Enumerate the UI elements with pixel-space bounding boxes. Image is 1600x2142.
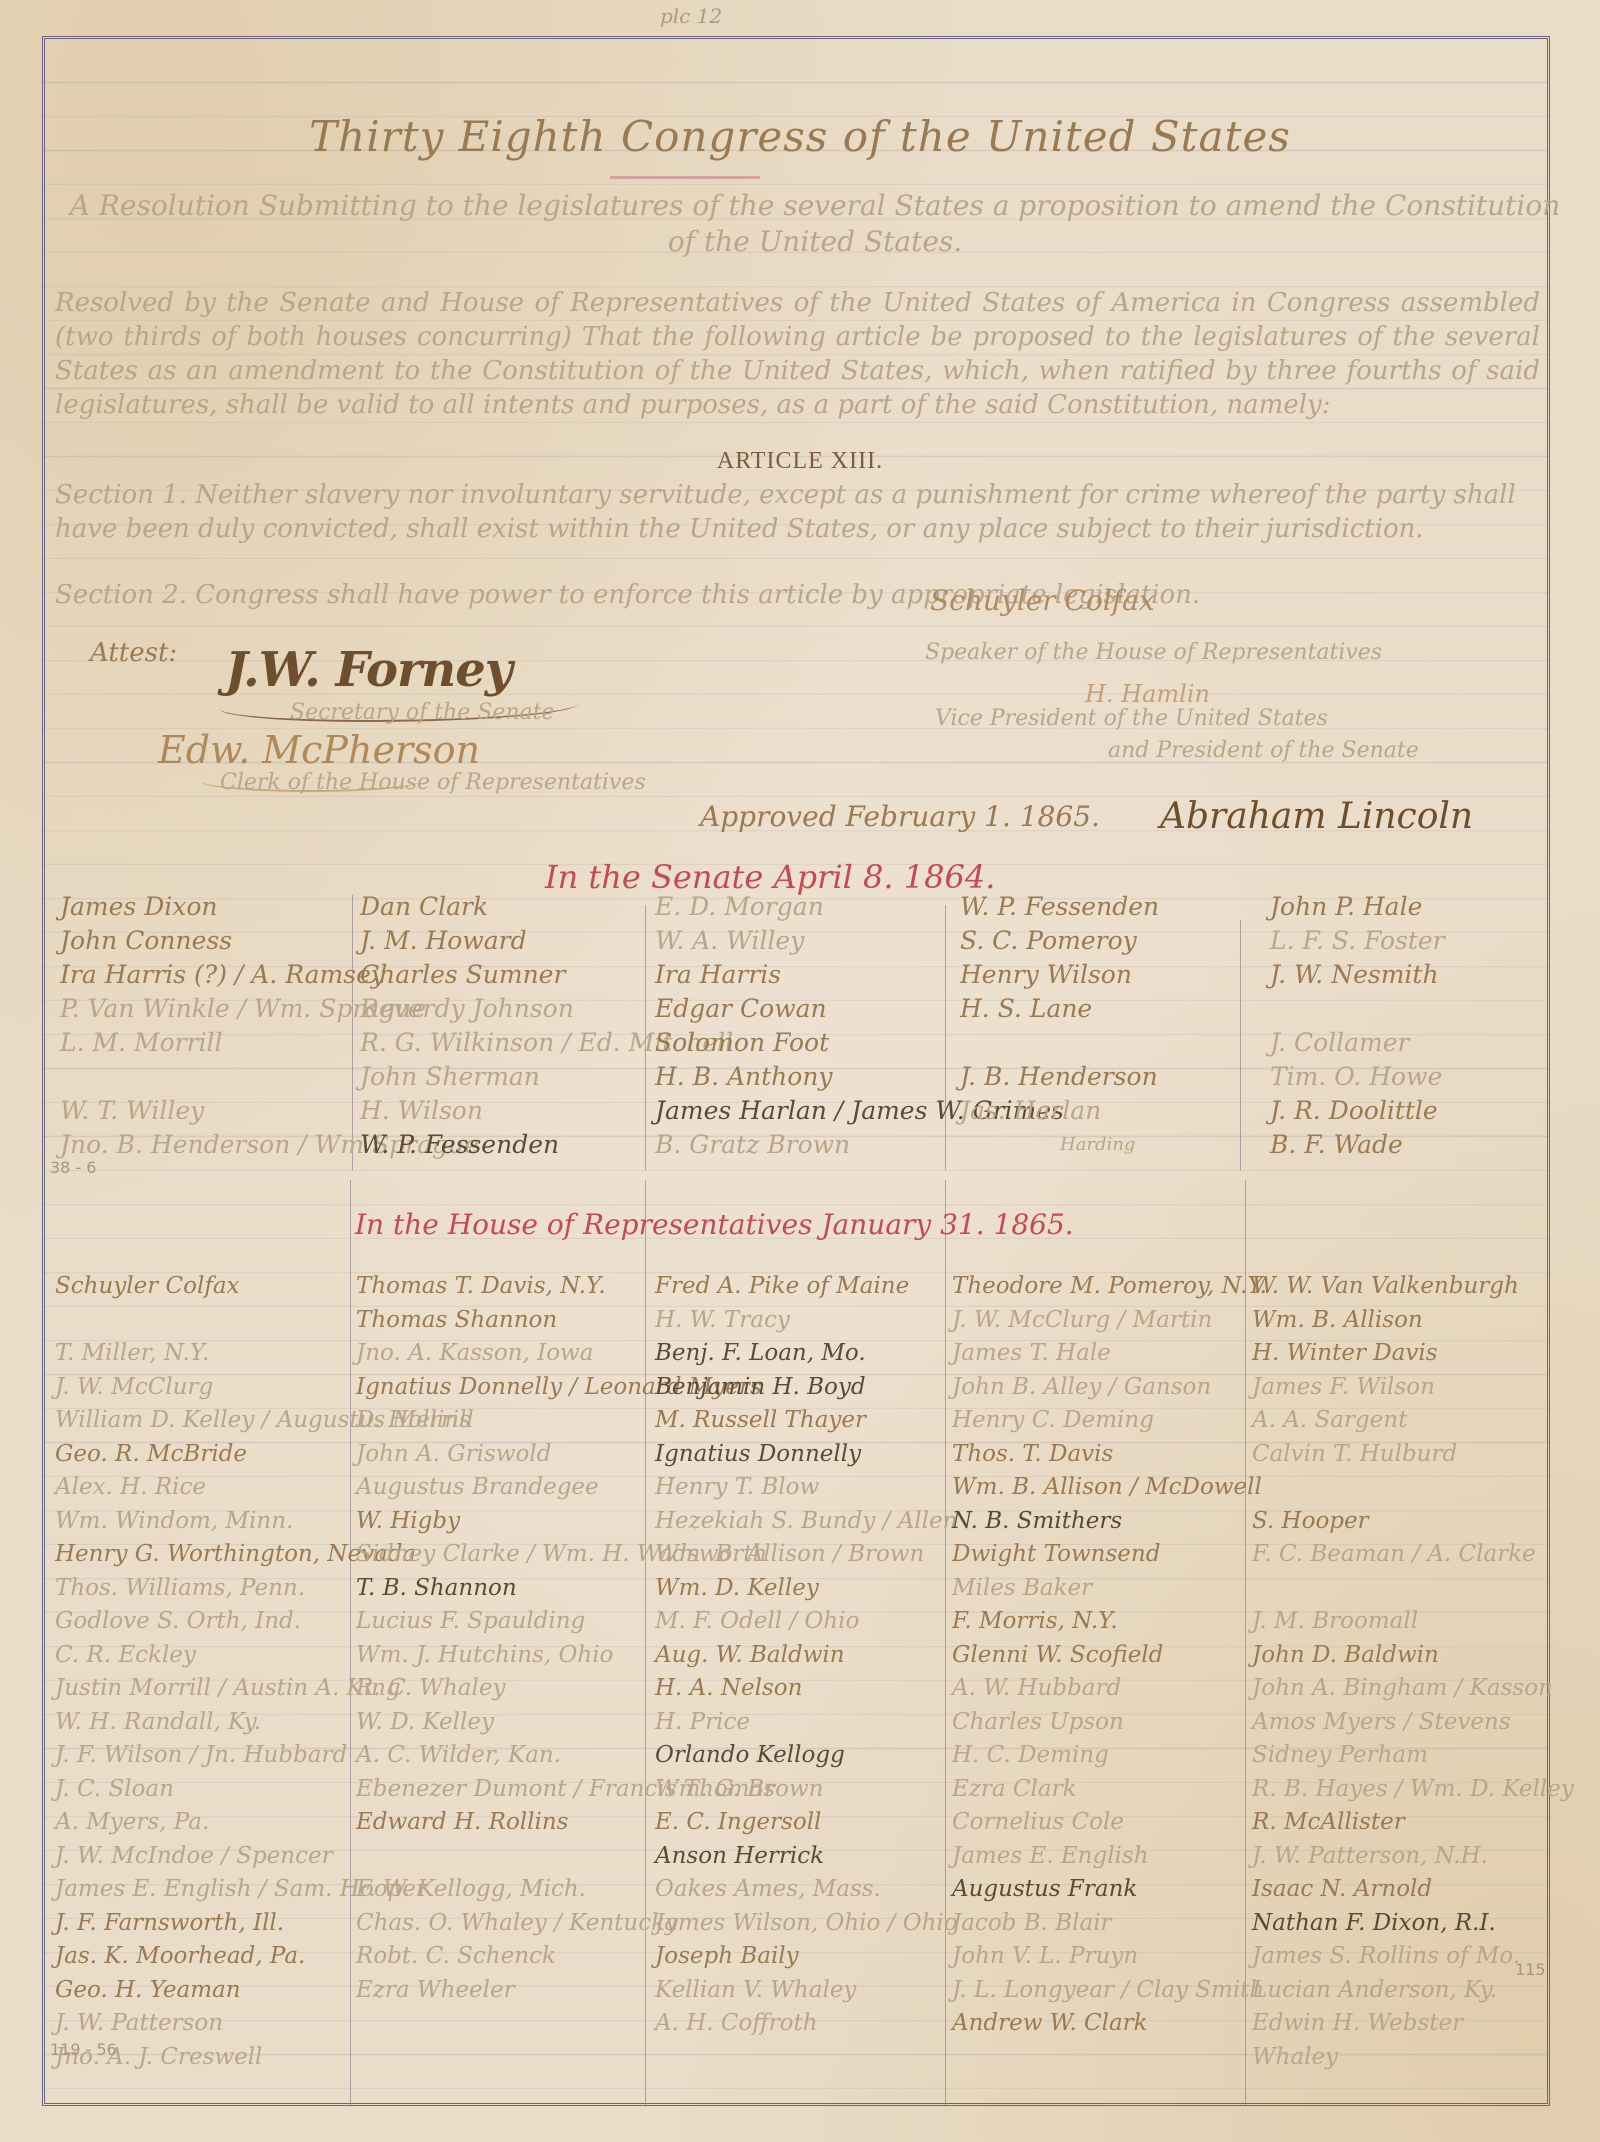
house-column-divider bbox=[350, 1180, 351, 2105]
representative-signature: Justin Morrill / Austin A. King bbox=[55, 1672, 347, 1706]
representative-signature: Kellian V. Whaley bbox=[655, 1974, 941, 2008]
hamlin-signature: H. Hamlin bbox=[1085, 680, 1210, 708]
senator-signature: Ira Harris bbox=[655, 958, 940, 992]
representative-signature: Henry T. Blow bbox=[655, 1471, 941, 1505]
senator-signature: J. M. Howard bbox=[360, 924, 640, 958]
representative-signature: Miles Baker bbox=[952, 1572, 1242, 1606]
representative-signature: A. C. Wilder, Kan. bbox=[356, 1739, 642, 1773]
senator-signature: S. C. Pomeroy bbox=[960, 924, 1240, 958]
representative-signature: Edwin H. Webster bbox=[1252, 2007, 1542, 2041]
senator-signature: Dan Clark bbox=[360, 890, 640, 924]
article-section-1: Section 1. Neither slavery nor involunta… bbox=[55, 478, 1540, 546]
representative-signature: W. Higby bbox=[356, 1505, 642, 1539]
representative-signature: Anson Herrick bbox=[655, 1840, 941, 1874]
house-signature-column-5: W. W. Van Valkenburgh Wm. B. Allison H. … bbox=[1252, 1270, 1542, 2074]
representative-signature: Augustus Frank bbox=[952, 1873, 1242, 1907]
representative-signature: C. R. Eckley bbox=[55, 1639, 347, 1673]
senator-signature: Ira Harris (?) / A. Ramsey bbox=[60, 958, 350, 992]
senator-signature bbox=[960, 1026, 1240, 1060]
representative-signature: E. C. Ingersoll bbox=[655, 1806, 941, 1840]
representative-signature: James E. English bbox=[952, 1840, 1242, 1874]
house-signature-column-3: Fred A. Pike of Maine H. W. Tracy Benj. … bbox=[655, 1270, 941, 2041]
senator-signature: R. G. Wilkinson / Ed. Mitchell bbox=[360, 1026, 640, 1060]
representative-signature: Benj. F. Loan, Mo. bbox=[655, 1337, 941, 1371]
representative-signature: R. B. Hayes / Wm. D. Kelley bbox=[1252, 1773, 1542, 1807]
senator-signature: James Dixon bbox=[60, 890, 350, 924]
representative-signature: Henry C. Deming bbox=[952, 1404, 1242, 1438]
senator-signature: P. Van Winkle / Wm. Sprague bbox=[60, 992, 350, 1026]
representative-signature: William D. Kelley / Augustus Merrill bbox=[55, 1404, 347, 1438]
representative-signature: Thos. Williams, Penn. bbox=[55, 1572, 347, 1606]
senator-signature: Jno. B. Henderson / Wm Sprague bbox=[60, 1128, 350, 1162]
representative-signature: Calvin T. Hulburd bbox=[1252, 1438, 1542, 1472]
senate-column-divider bbox=[1240, 920, 1241, 1170]
representative-signature: Hezekiah S. Bundy / Allen bbox=[655, 1505, 941, 1539]
house-heading: In the House of Representatives January … bbox=[355, 1208, 1074, 1241]
representative-signature: A. H. Coffroth bbox=[655, 2007, 941, 2041]
representative-signature: Wm. J. Hutchins, Ohio bbox=[356, 1639, 642, 1673]
resolution-text: Resolved by the Senate and House of Repr… bbox=[55, 286, 1540, 422]
attest-label: Attest: bbox=[90, 638, 177, 668]
representative-signature: Isaac N. Arnold bbox=[1252, 1873, 1542, 1907]
article-heading: ARTICLE XIII. bbox=[0, 448, 1600, 475]
representative-signature: Benjamin H. Boyd bbox=[655, 1371, 941, 1405]
representative-signature: J. M. Broomall bbox=[1252, 1605, 1542, 1639]
representative-signature: Chas. O. Whaley / Kentucky bbox=[356, 1907, 642, 1941]
representative-signature: J. L. Longyear / Clay Smith bbox=[952, 1974, 1242, 2008]
senate-column-divider bbox=[352, 895, 353, 1170]
representative-signature: Whaley bbox=[1252, 2041, 1542, 2075]
house-signature-column-1: Schuyler Colfax T. Miller, N.Y. J. W. Mc… bbox=[55, 1270, 347, 2074]
senator-signature: L. M. Morrill bbox=[60, 1026, 350, 1060]
representative-signature: James F. Wilson bbox=[1252, 1371, 1542, 1405]
representative-signature: Geo. H. Yeaman bbox=[55, 1974, 347, 2008]
approved-date: Approved February 1. 1865. bbox=[700, 800, 1100, 833]
representative-signature: John B. Alley / Ganson bbox=[952, 1371, 1242, 1405]
representative-signature: John A. Bingham / Kasson bbox=[1252, 1672, 1542, 1706]
representative-signature: Amos Myers / Stevens bbox=[1252, 1706, 1542, 1740]
senator-signature: J. Collamer bbox=[1270, 1026, 1540, 1060]
representative-signature: Lucian Anderson, Ky. bbox=[1252, 1974, 1542, 2008]
representative-signature: W. D. Kelley bbox=[356, 1706, 642, 1740]
senator-signature: John Sherman bbox=[360, 1060, 640, 1094]
senator-signature: W. P. Fessenden bbox=[360, 1128, 640, 1162]
representative-signature: A. W. Hubbard bbox=[952, 1672, 1242, 1706]
representative-signature: John V. L. Pruyn bbox=[952, 1940, 1242, 1974]
representative-signature: Jacob B. Blair bbox=[952, 1907, 1242, 1941]
representative-signature: Lucius F. Spaulding bbox=[356, 1605, 642, 1639]
representative-signature: Schuyler Colfax bbox=[55, 1270, 347, 1304]
representative-signature: T. B. Shannon bbox=[356, 1572, 642, 1606]
senate-signature-column-4: W. P. Fessenden S. C. Pomeroy Henry Wils… bbox=[960, 890, 1240, 1162]
representative-signature: M. Russell Thayer bbox=[655, 1404, 941, 1438]
representative-signature bbox=[55, 1304, 347, 1338]
title-underline bbox=[610, 176, 760, 179]
representative-signature: John A. Griswold bbox=[356, 1438, 642, 1472]
representative-signature: James S. Rollins of Mo. bbox=[1252, 1940, 1542, 1974]
representative-signature: Dwight Townsend bbox=[952, 1538, 1242, 1572]
representative-signature: H. A. Nelson bbox=[655, 1672, 941, 1706]
representative-signature: D. Hollins bbox=[356, 1404, 642, 1438]
senate-signature-column-3: E. D. Morgan W. A. Willey Ira Harris Edg… bbox=[655, 890, 940, 1162]
representative-signature: Wm. Windom, Minn. bbox=[55, 1505, 347, 1539]
senator-signature: L. F. S. Foster bbox=[1270, 924, 1540, 958]
representative-signature: H. Price bbox=[655, 1706, 941, 1740]
senator-signature: Reverdy Johnson bbox=[360, 992, 640, 1026]
representative-signature: Fred A. Pike of Maine bbox=[655, 1270, 941, 1304]
vice-president-label: Vice President of the United States bbox=[935, 706, 1328, 731]
lincoln-signature: Abraham Lincoln bbox=[1160, 796, 1473, 837]
representative-signature: J. W. Patterson bbox=[55, 2007, 347, 2041]
representative-signature: Godlove S. Orth, Ind. bbox=[55, 1605, 347, 1639]
senator-signature: J. W. Nesmith bbox=[1270, 958, 1540, 992]
representative-signature: Wm. G. Brown bbox=[655, 1773, 941, 1807]
representative-signature: Ignatius Donnelly bbox=[655, 1438, 941, 1472]
mcpherson-signature: Edw. McPherson bbox=[158, 728, 480, 772]
representative-signature: F. C. Beaman / A. Clarke bbox=[1252, 1538, 1542, 1572]
representative-signature: Geo. R. McBride bbox=[55, 1438, 347, 1472]
representative-signature: James E. English / Sam. Hooper bbox=[55, 1873, 347, 1907]
representative-signature: Jas. K. Moorhead, Pa. bbox=[55, 1940, 347, 1974]
senator-signature: B. Gratz Brown bbox=[655, 1128, 940, 1162]
representative-signature: J. F. Wilson / Jn. Hubbard bbox=[55, 1739, 347, 1773]
representative-signature: James T. Hale bbox=[952, 1337, 1242, 1371]
representative-signature: Ezra Wheeler bbox=[356, 1974, 642, 2008]
senator-signature bbox=[1270, 992, 1540, 1026]
senator-signature bbox=[60, 1060, 350, 1094]
representative-signature: Ezra Clark bbox=[952, 1773, 1242, 1807]
senator-signature: Edgar Cowan bbox=[655, 992, 940, 1026]
representative-signature: Nathan F. Dixon, R.I. bbox=[1252, 1907, 1542, 1941]
senator-signature: Harding bbox=[960, 1128, 1240, 1162]
representative-signature: Theodore M. Pomeroy, N.Y. bbox=[952, 1270, 1242, 1304]
colfax-signature: Schuyler Colfax bbox=[930, 584, 1155, 617]
representative-signature: Edward H. Rollins bbox=[356, 1806, 642, 1840]
senator-signature: Solomon Foot bbox=[655, 1026, 940, 1060]
senator-signature: J. B. Henderson bbox=[960, 1060, 1240, 1094]
representative-signature: Henry G. Worthington, Nevada bbox=[55, 1538, 347, 1572]
house-signature-column-2: Thomas T. Davis, N.Y. Thomas Shannon Jno… bbox=[356, 1270, 642, 2007]
representative-signature: H. C. Deming bbox=[952, 1739, 1242, 1773]
representative-signature: Jno. A. Kasson, Iowa bbox=[356, 1337, 642, 1371]
representative-signature: J. W. McIndoe / Spencer bbox=[55, 1840, 347, 1874]
representative-signature: S. Hooper bbox=[1252, 1505, 1542, 1539]
representative-signature: R. C. Whaley bbox=[356, 1672, 642, 1706]
representative-signature: Thomas T. Davis, N.Y. bbox=[356, 1270, 642, 1304]
representative-signature: Oakes Ames, Mass. bbox=[655, 1873, 941, 1907]
senator-signature: E. D. Morgan bbox=[655, 890, 940, 924]
representative-signature: Joseph Baily bbox=[655, 1940, 941, 1974]
senator-signature: H. S. Lane bbox=[960, 992, 1240, 1026]
representative-signature: Sidney Perham bbox=[1252, 1739, 1542, 1773]
representative-signature: Robt. C. Schenck bbox=[356, 1940, 642, 1974]
senator-signature: Jas. Harlan bbox=[960, 1094, 1240, 1128]
senator-signature: H. B. Anthony bbox=[655, 1060, 940, 1094]
article-section-2: Section 2. Congress shall have power to … bbox=[55, 578, 1540, 612]
clerk-of-house-label: Clerk of the House of Representatives bbox=[220, 770, 646, 795]
representative-signature: A. Myers, Pa. bbox=[55, 1806, 347, 1840]
representative-signature: J. W. McClurg bbox=[55, 1371, 347, 1405]
house-signature-column-4: Theodore M. Pomeroy, N.Y. J. W. McClurg … bbox=[952, 1270, 1242, 2041]
representative-signature: H. Winter Davis bbox=[1252, 1337, 1542, 1371]
senator-signature: W. T. Willey bbox=[60, 1094, 350, 1128]
representative-signature: Wm. D. Kelley bbox=[655, 1572, 941, 1606]
representative-signature: Ebenezer Dumont / Francis Thomas bbox=[356, 1773, 642, 1807]
house-vote-tally: 119 - 56 bbox=[50, 2040, 117, 2059]
senator-signature: W. A. Willey bbox=[655, 924, 940, 958]
senator-signature: H. Wilson bbox=[360, 1094, 640, 1128]
representative-signature: Thos. T. Davis bbox=[952, 1438, 1242, 1472]
representative-signature: H. W. Tracy bbox=[655, 1304, 941, 1338]
senate-signature-column-1: James Dixon John Conness Ira Harris (?) … bbox=[60, 890, 350, 1162]
speaker-of-house-label: Speaker of the House of Representatives bbox=[925, 640, 1382, 665]
representative-signature: J. C. Sloan bbox=[55, 1773, 347, 1807]
representative-signature: T. Miller, N.Y. bbox=[55, 1337, 347, 1371]
senate-vote-tally: 38 - 6 bbox=[50, 1158, 96, 1177]
representative-signature: A. A. Sargent bbox=[1252, 1404, 1542, 1438]
representative-signature: Glenni W. Scofield bbox=[952, 1639, 1242, 1673]
representative-signature: R. McAllister bbox=[1252, 1806, 1542, 1840]
senator-signature: John Conness bbox=[60, 924, 350, 958]
secretary-of-senate-label: Secretary of the Senate bbox=[290, 700, 554, 725]
senator-signature: W. P. Fessenden bbox=[960, 890, 1240, 924]
representative-signature: James Wilson, Ohio / Ohio bbox=[655, 1907, 941, 1941]
house-column-divider bbox=[645, 1180, 646, 2105]
representative-signature: Ignatius Donnelly / Leonard Myers bbox=[356, 1371, 642, 1405]
senate-signature-column-2: Dan Clark J. M. Howard Charles Sumner Re… bbox=[360, 890, 640, 1162]
senator-signature: Henry Wilson bbox=[960, 958, 1240, 992]
representative-signature: Aug. W. Baldwin bbox=[655, 1639, 941, 1673]
document-subtitle: A Resolution Submitting to the legislatu… bbox=[55, 188, 1575, 260]
representative-signature bbox=[356, 1840, 642, 1874]
representative-signature: Wm. B. Allison / McDowell bbox=[952, 1471, 1242, 1505]
representative-signature: Wm. B. Allison / Brown bbox=[655, 1538, 941, 1572]
senator-signature: John P. Hale bbox=[1270, 890, 1540, 924]
representative-signature bbox=[1252, 1471, 1542, 1505]
representative-signature bbox=[1252, 1572, 1542, 1606]
senator-signature: J. R. Doolittle bbox=[1270, 1094, 1540, 1128]
senator-signature: James Harlan / James W. Grimes bbox=[655, 1094, 940, 1128]
representative-signature: John D. Baldwin bbox=[1252, 1639, 1542, 1673]
representative-signature: Sidney Clarke / Wm. H. Wadsworth bbox=[356, 1538, 642, 1572]
senate-column-divider bbox=[945, 905, 946, 1170]
representative-signature: Charles Upson bbox=[952, 1706, 1242, 1740]
senator-signature: Tim. O. Howe bbox=[1270, 1060, 1540, 1094]
representative-signature: J. W. Patterson, N.H. bbox=[1252, 1840, 1542, 1874]
document-title: Thirty Eighth Congress of the United Sta… bbox=[0, 112, 1600, 161]
senator-signature: B. F. Wade bbox=[1270, 1128, 1540, 1162]
representative-signature: Wm. B. Allison bbox=[1252, 1304, 1542, 1338]
representative-signature: Andrew W. Clark bbox=[952, 2007, 1242, 2041]
representative-signature: N. B. Smithers bbox=[952, 1505, 1242, 1539]
page-number: 115 bbox=[1515, 1960, 1546, 1979]
representative-signature: Alex. H. Rice bbox=[55, 1471, 347, 1505]
representative-signature: F. Morris, N.Y. bbox=[952, 1605, 1242, 1639]
representative-signature: Augustus Brandegee bbox=[356, 1471, 642, 1505]
representative-signature: F. W. Kellogg, Mich. bbox=[356, 1873, 642, 1907]
representative-signature: W. H. Randall, Ky. bbox=[55, 1706, 347, 1740]
pencil-archive-note: plc 12 bbox=[660, 4, 722, 28]
senate-signature-column-5: John P. Hale L. F. S. Foster J. W. Nesmi… bbox=[1270, 890, 1540, 1162]
house-column-divider bbox=[945, 1180, 946, 2105]
representative-signature: J. W. McClurg / Martin bbox=[952, 1304, 1242, 1338]
representative-signature: Orlando Kellogg bbox=[655, 1739, 941, 1773]
house-column-divider bbox=[1245, 1180, 1246, 2105]
representative-signature: W. W. Van Valkenburgh bbox=[1252, 1270, 1542, 1304]
representative-signature: Cornelius Cole bbox=[952, 1806, 1242, 1840]
representative-signature: M. F. Odell / Ohio bbox=[655, 1605, 941, 1639]
representative-signature: J. F. Farnsworth, Ill. bbox=[55, 1907, 347, 1941]
president-of-senate-label: and President of the Senate bbox=[1108, 738, 1419, 763]
representative-signature: Thomas Shannon bbox=[356, 1304, 642, 1338]
senator-signature: Charles Sumner bbox=[360, 958, 640, 992]
